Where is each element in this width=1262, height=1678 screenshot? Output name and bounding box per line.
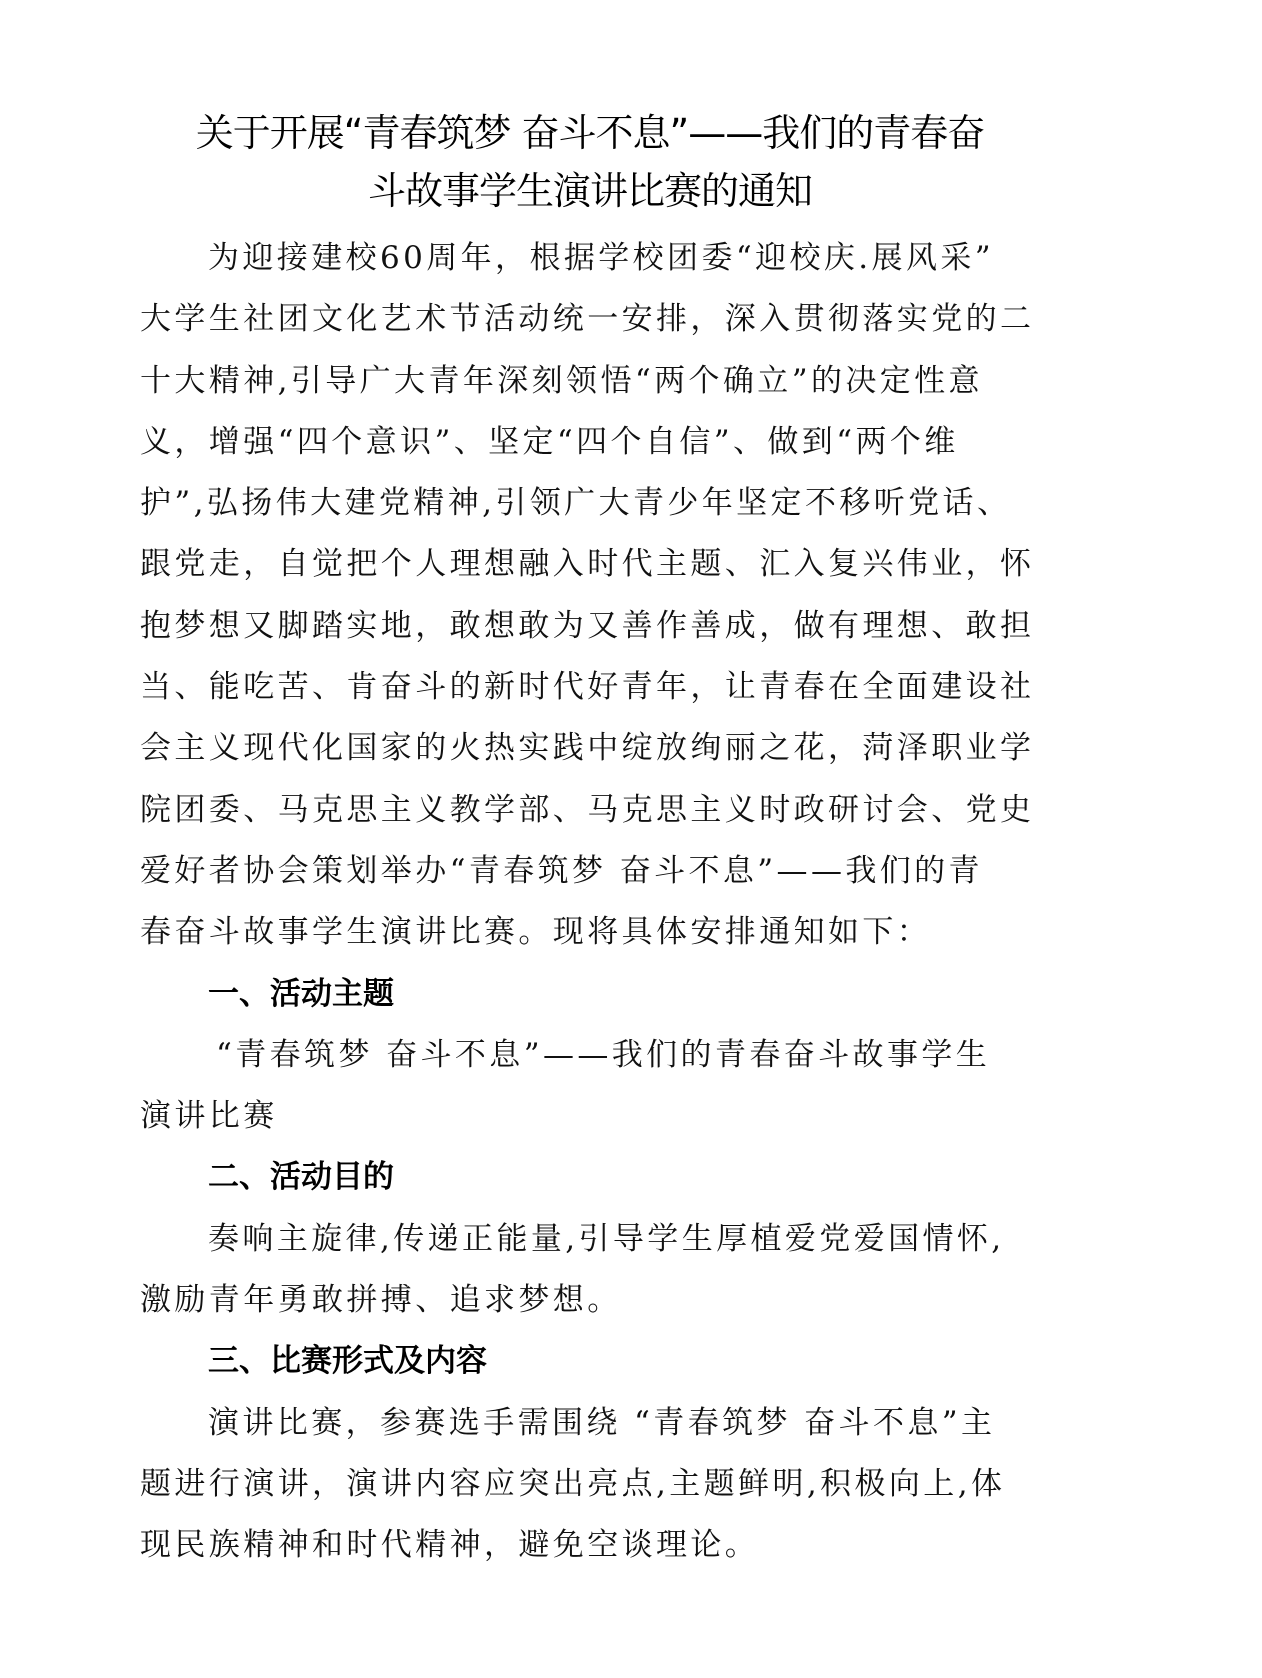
intro-line: 大学生社团文化艺术节活动统一安排，深入贯彻落实党的二 (140, 289, 1050, 350)
intro-paragraph: 为迎接建校60周年，根据学校团委“迎校庆.展风采” 大学生社团文化艺术节活动统一… (140, 228, 1050, 964)
intro-line: 为迎接建校60周年，根据学校团委“迎校庆.展风采” (140, 228, 1050, 289)
section-activity-purpose: 二、活动目的 奏响主旋律,传递正能量,引导学生厚植爱党爱国情怀, 激励青年勇敢拼… (140, 1147, 1050, 1331)
intro-line: 会主义现代化国家的火热实践中绽放绚丽之花，菏泽职业学 (140, 718, 1050, 779)
section-line: 奏响主旋律,传递正能量,引导学生厚植爱党爱国情怀, (140, 1209, 1050, 1270)
intro-line: 抱梦想又脚踏实地，敢想敢为又善作善成，做有理想、敢担 (140, 596, 1050, 657)
title-line-2: 斗故事学生演讲比赛的通知 (140, 162, 1040, 220)
section-line: 演讲比赛 (140, 1086, 1050, 1147)
intro-line: 春奋斗故事学生演讲比赛。现将具体安排通知如下： (140, 902, 1050, 963)
section-line: 题进行演讲，演讲内容应突出亮点,主题鲜明,积极向上,体 (140, 1454, 1050, 1515)
section-line: “青春筑梦 奋斗不息”——我们的青春奋斗故事学生 (140, 1025, 1050, 1086)
section-activity-theme: 一、活动主题 “青春筑梦 奋斗不息”——我们的青春奋斗故事学生 演讲比赛 (140, 964, 1050, 1148)
section-line: 现民族精神和时代精神，避免空谈理论。 (140, 1515, 1050, 1576)
intro-line: 院团委、马克思主义教学部、马克思主义时政研讨会、党史 (140, 780, 1050, 841)
section-heading: 二、活动目的 (140, 1147, 1050, 1208)
intro-line: 跟党走，自觉把个人理想融入时代主题、汇入复兴伟业，怀 (140, 534, 1050, 595)
section-heading: 三、比赛形式及内容 (140, 1331, 1050, 1392)
section-format-content: 三、比赛形式及内容 演讲比赛，参赛选手需围绕 “青春筑梦 奋斗不息”主 题进行演… (140, 1331, 1050, 1576)
section-heading: 一、活动主题 (140, 964, 1050, 1025)
intro-line: 十大精神,引导广大青年深刻领悟“两个确立”的决定性意 (140, 351, 1050, 412)
document-page: 关于开展“青春筑梦 奋斗不息”——我们的青春奋 斗故事学生演讲比赛的通知 为迎接… (0, 0, 1262, 1678)
intro-line: 护”,弘扬伟大建党精神,引领广大青少年坚定不移听党话、 (140, 473, 1050, 534)
intro-line: 义，增强“四个意识”、坚定“四个自信”、做到“两个维 (140, 412, 1050, 473)
title-line-1: 关于开展“青春筑梦 奋斗不息”——我们的青春奋 (140, 104, 1040, 162)
intro-line: 当、能吃苦、肯奋斗的新时代好青年，让青春在全面建设社 (140, 657, 1050, 718)
document-title: 关于开展“青春筑梦 奋斗不息”——我们的青春奋 斗故事学生演讲比赛的通知 (140, 104, 1040, 220)
section-line: 演讲比赛，参赛选手需围绕 “青春筑梦 奋斗不息”主 (140, 1393, 1050, 1454)
section-line: 激励青年勇敢拼搏、追求梦想。 (140, 1270, 1050, 1331)
intro-line: 爱好者协会策划举办“青春筑梦 奋斗不息”——我们的青 (140, 841, 1050, 902)
document-body: 为迎接建校60周年，根据学校团委“迎校庆.展风采” 大学生社团文化艺术节活动统一… (140, 228, 1050, 1577)
